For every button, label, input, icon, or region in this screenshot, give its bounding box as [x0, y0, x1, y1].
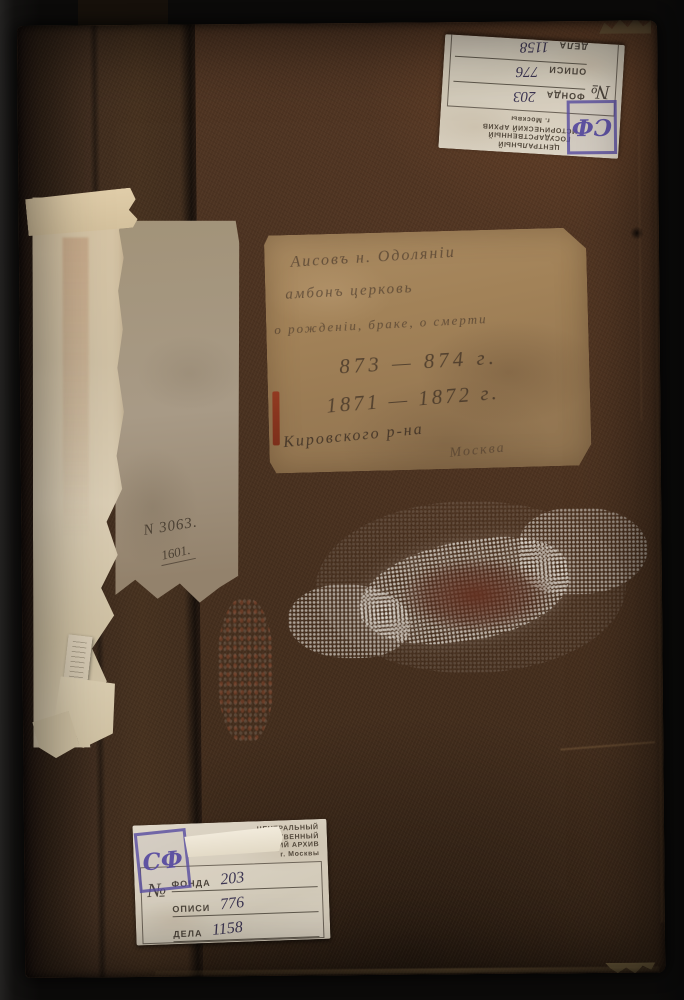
book-cover: ЦЕНТРАЛЬНЫЙ ГОСУДАРСТВЕННЫЙ ИСТОРИЧЕСКИЙ…: [17, 20, 665, 978]
archive-photo-scene: ЦЕНТРАЛЬНЫЙ ГОСУДАРСТВЕННЫЙ ИСТОРИЧЕСКИЙ…: [0, 0, 684, 1000]
cover-vignette: [17, 20, 665, 978]
background-notch: [78, 0, 168, 26]
